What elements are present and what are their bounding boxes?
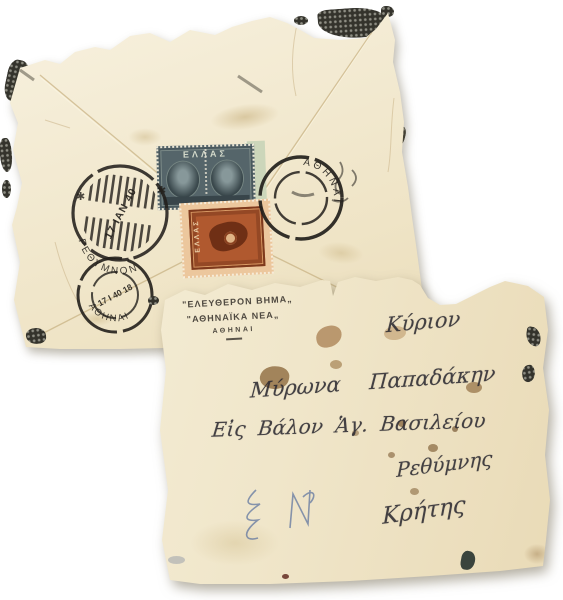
ink-blot [459, 550, 476, 571]
ink-speck [388, 452, 395, 458]
paper-stain [190, 520, 280, 566]
address-line-4: Ρεθύμνης [396, 446, 492, 482]
dark-backing-fragment [148, 296, 159, 305]
address-line-1: Κύριον [386, 307, 461, 338]
ink-speck [410, 488, 419, 495]
printed-sender-block: "ΕΛΕΥΘΕΡΟΝ ΒΗΜΑ„ "ΑΘΗΝΑΪΚΑ ΝΕΑ„ ΑΘΗΝΑΙ [182, 292, 284, 342]
pencil-smudge [168, 556, 185, 564]
front-envelope: "ΕΛΕΥΘΕΡΟΝ ΒΗΜΑ„ "ΑΘΗΝΑΪΚΑ ΝΕΑ„ ΑΘΗΝΑΙ Κ… [0, 0, 563, 600]
front-envelope-paper: "ΕΛΕΥΘΕΡΟΝ ΒΗΜΑ„ "ΑΘΗΝΑΪΚΑ ΝΕΑ„ ΑΘΗΝΑΙ Κ… [0, 0, 563, 600]
address-line-5: Κρήτης [382, 492, 465, 530]
address-line-3: Εἰς Βάλον Ἁγ. Βασιλείου [211, 408, 487, 442]
paper-stain [524, 544, 550, 564]
paper-stain [314, 324, 344, 350]
paper-stain [330, 360, 342, 369]
ink-speck [282, 574, 289, 579]
ink-speck [428, 444, 438, 452]
address-line-2: Μύρωνα Παπαδάκην [249, 361, 496, 402]
envelope-scan: ΕΛΛΑΣ ΕΛΛΑΣ [0, 0, 563, 600]
sender-underline [226, 338, 242, 341]
